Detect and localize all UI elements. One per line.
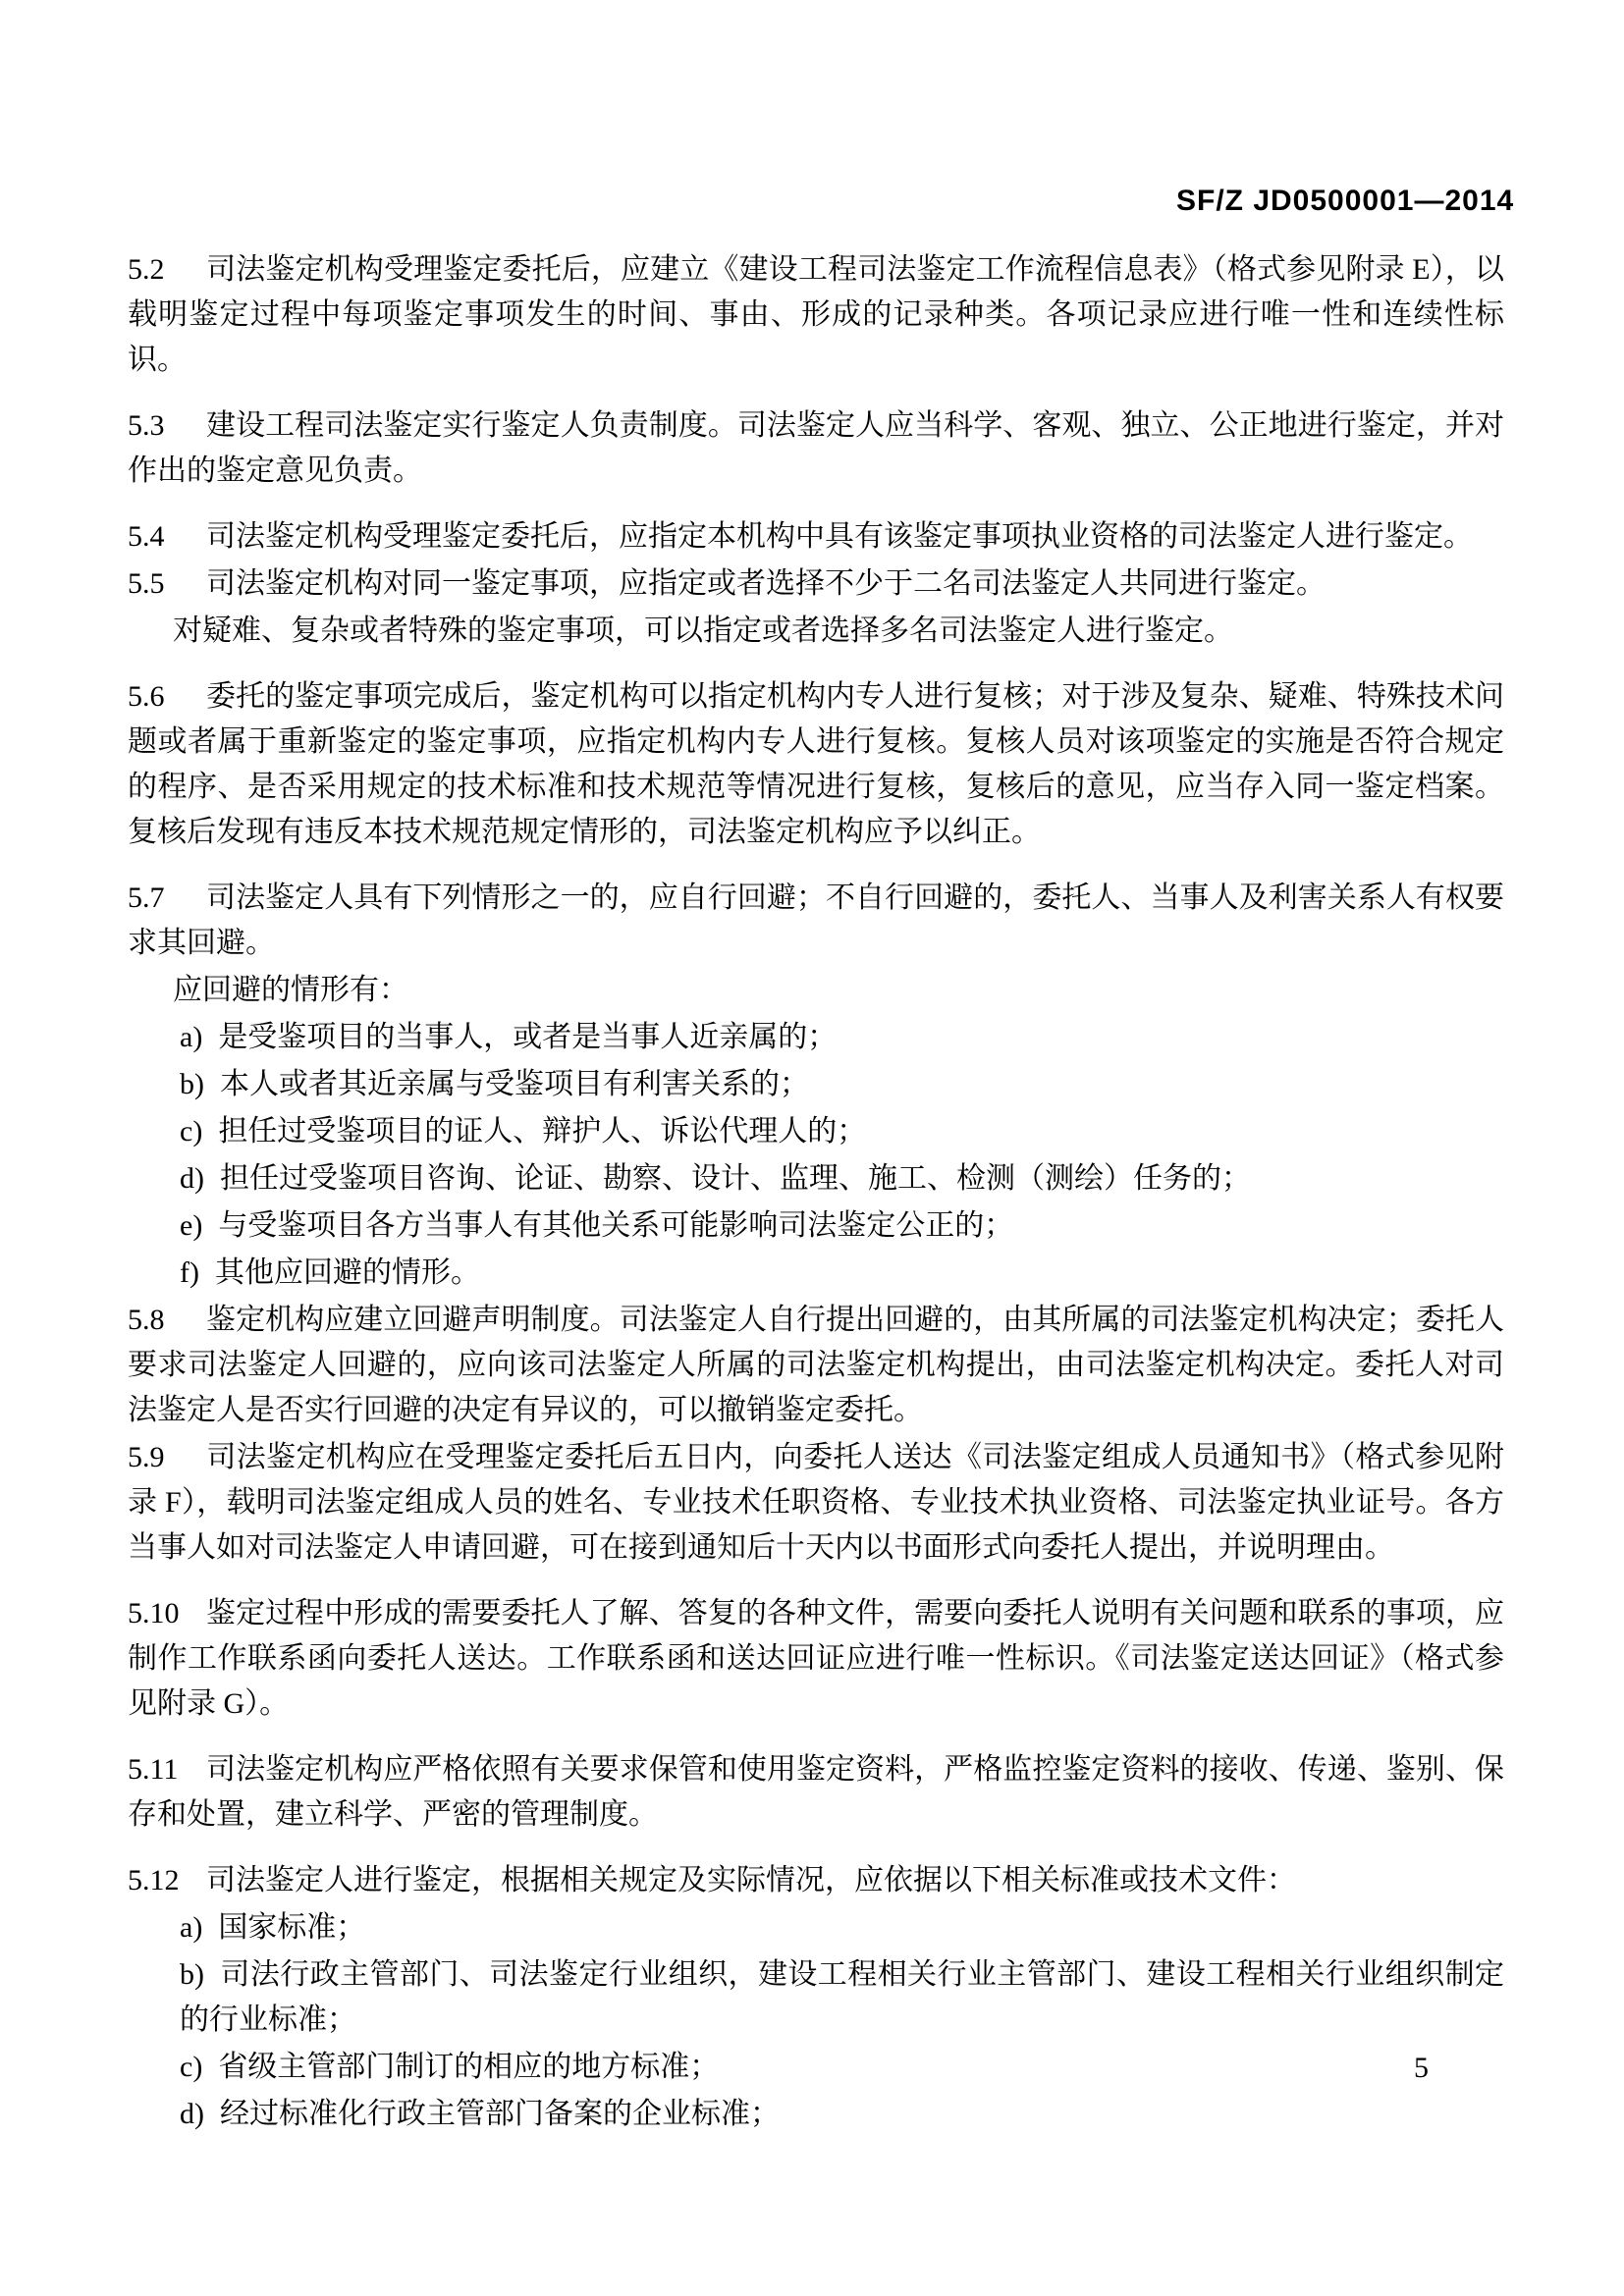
- section-paragraph: 5.2司法鉴定机构受理鉴定委托后，应建立《建设工程司法鉴定工作流程信息表》（格式…: [128, 247, 1504, 383]
- section-number: 5.8: [128, 1298, 190, 1343]
- list-item-text: 本人或者其近亲属与受鉴项目有利害关系的；: [220, 1068, 809, 1100]
- list-item: c)担任过受鉴项目的证人、辩护人、诉讼代理人的；: [128, 1109, 1504, 1154]
- document-page: SF/Z JD0500001—2014 5.2司法鉴定机构受理鉴定委托后，应建立…: [0, 0, 1624, 2296]
- section-number: 5.7: [128, 876, 190, 921]
- list-marker: d): [180, 1156, 204, 1201]
- section-number: 5.12: [128, 1858, 190, 1903]
- list-item-text: 其他应回避的情形。: [215, 1256, 480, 1289]
- list-item-text: 司法行政主管部门、司法鉴定行业组织，建设工程相关行业主管部门、建设工程相关行业组…: [180, 1958, 1504, 2036]
- list-marker: b): [180, 1952, 204, 1998]
- list-item-text: 国家标准；: [218, 1911, 365, 1944]
- list-marker: a): [180, 1015, 202, 1060]
- section-number: 5.4: [128, 514, 190, 560]
- section-number: 5.6: [128, 674, 190, 720]
- list-item-text: 担任过受鉴项目的证人、辩护人、诉讼代理人的；: [218, 1115, 866, 1148]
- list-marker: c): [180, 1109, 202, 1154]
- list-item-text: 省级主管部门制订的相应的地方标准；: [218, 2051, 719, 2083]
- section-text: 鉴定机构应建立回避声明制度。司法鉴定人自行提出回避的，由其所属的司法鉴定机构决定…: [128, 1304, 1504, 1426]
- section-paragraph: 5.5司法鉴定机构对同一鉴定事项，应指定或者选择不少于二名司法鉴定人共同进行鉴定…: [128, 561, 1504, 607]
- list-item: d)经过标准化行政主管部门备案的企业标准；: [128, 2092, 1504, 2137]
- section-text: 司法鉴定机构对同一鉴定事项，应指定或者选择不少于二名司法鉴定人共同进行鉴定。: [206, 567, 1326, 600]
- section-text: 司法鉴定机构应在受理鉴定委托后五日内，向委托人送达《司法鉴定组成人员通知书》（格…: [128, 1441, 1504, 1564]
- section-paragraph: 5.11司法鉴定机构应严格依照有关要求保管和使用鉴定资料，严格监控鉴定资料的接收…: [128, 1747, 1504, 1838]
- list-marker: e): [180, 1203, 202, 1249]
- section-text: 司法鉴定机构应严格依照有关要求保管和使用鉴定资料，严格监控鉴定资料的接收、传递、…: [128, 1753, 1504, 1831]
- section-paragraph: 5.12司法鉴定人进行鉴定，根据相关规定及实际情况，应依据以下相关标准或技术文件…: [128, 1858, 1504, 1903]
- section-text: 司法鉴定机构受理鉴定委托后，应指定本机构中具有该鉴定事项执业资格的司法鉴定人进行…: [206, 520, 1473, 553]
- page-number: 5: [1414, 2052, 1429, 2085]
- list-marker: d): [180, 2092, 204, 2137]
- section-paragraph: 5.6委托的鉴定事项完成后，鉴定机构可以指定机构内专人进行复核；对于涉及复杂、疑…: [128, 674, 1504, 855]
- section-number: 5.10: [128, 1591, 190, 1636]
- section-text: 委托的鉴定事项完成后，鉴定机构可以指定机构内专人进行复核；对于涉及复杂、疑难、特…: [128, 680, 1504, 848]
- list-marker: b): [180, 1062, 204, 1107]
- section-paragraph: 5.7司法鉴定人具有下列情形之一的，应自行回避；不自行回避的，委托人、当事人及利…: [128, 876, 1504, 966]
- list-item: b)本人或者其近亲属与受鉴项目有利害关系的；: [128, 1062, 1504, 1107]
- section-paragraph: 5.9司法鉴定机构应在受理鉴定委托后五日内，向委托人送达《司法鉴定组成人员通知书…: [128, 1435, 1504, 1571]
- section-paragraph: 5.10鉴定过程中形成的需要委托人了解、答复的各种文件，需要向委托人说明有关问题…: [128, 1591, 1504, 1727]
- section-text: 鉴定过程中形成的需要委托人了解、答复的各种文件，需要向委托人说明有关问题和联系的…: [128, 1597, 1504, 1720]
- section-paragraph: 5.8鉴定机构应建立回避声明制度。司法鉴定人自行提出回避的，由其所属的司法鉴定机…: [128, 1298, 1504, 1433]
- list-item: a)国家标准；: [128, 1905, 1504, 1950]
- list-item-text: 是受鉴项目的当事人，或者是当事人近亲属的；: [218, 1021, 837, 1053]
- list-item: b)司法行政主管部门、司法鉴定行业组织，建设工程相关行业主管部门、建设工程相关行…: [128, 1952, 1504, 2043]
- doc-number-header: SF/Z JD0500001—2014: [1176, 185, 1500, 218]
- section-number: 5.9: [128, 1435, 190, 1480]
- section-number: 5.3: [128, 403, 190, 449]
- section-text: 司法鉴定人进行鉴定，根据相关规定及实际情况，应依据以下相关标准或技术文件：: [206, 1864, 1296, 1896]
- list-item: a)是受鉴项目的当事人，或者是当事人近亲属的；: [128, 1015, 1504, 1060]
- list-item: f)其他应回避的情形。: [128, 1251, 1504, 1296]
- list-item: c)省级主管部门制订的相应的地方标准；: [128, 2045, 1504, 2090]
- list-item: d)担任过受鉴项目咨询、论证、勘察、设计、监理、施工、检测（测绘）任务的；: [128, 1156, 1504, 1201]
- section-text: 司法鉴定机构受理鉴定委托后，应建立《建设工程司法鉴定工作流程信息表》（格式参见附…: [128, 253, 1504, 376]
- list-item-text: 与受鉴项目各方当事人有其他关系可能影响司法鉴定公正的；: [218, 1209, 1013, 1242]
- list-marker: f): [180, 1251, 199, 1296]
- indent-paragraph: 对疑难、复杂或者特殊的鉴定事项，可以指定或者选择多名司法鉴定人进行鉴定。: [128, 609, 1504, 654]
- list-marker: c): [180, 2045, 202, 2090]
- list-marker: a): [180, 1905, 202, 1950]
- list-item: e)与受鉴项目各方当事人有其他关系可能影响司法鉴定公正的；: [128, 1203, 1504, 1249]
- list-item-text: 担任过受鉴项目咨询、论证、勘察、设计、监理、施工、检测（测绘）任务的；: [220, 1162, 1251, 1195]
- document-body: 5.2司法鉴定机构受理鉴定委托后，应建立《建设工程司法鉴定工作流程信息表》（格式…: [128, 247, 1504, 2137]
- section-paragraph: 5.4司法鉴定机构受理鉴定委托后，应指定本机构中具有该鉴定事项执业资格的司法鉴定…: [128, 514, 1504, 560]
- section-number: 5.5: [128, 561, 190, 607]
- section-paragraph: 5.3建设工程司法鉴定实行鉴定人负责制度。司法鉴定人应当科学、客观、独立、公正地…: [128, 403, 1504, 494]
- section-text: 司法鉴定人具有下列情形之一的，应自行回避；不自行回避的，委托人、当事人及利害关系…: [128, 881, 1504, 959]
- list-item-text: 经过标准化行政主管部门备案的企业标准；: [220, 2098, 780, 2130]
- indent-paragraph: 应回避的情形有：: [128, 968, 1504, 1013]
- section-text: 建设工程司法鉴定实行鉴定人负责制度。司法鉴定人应当科学、客观、独立、公正地进行鉴…: [128, 409, 1504, 487]
- section-number: 5.11: [128, 1747, 190, 1792]
- section-number: 5.2: [128, 247, 190, 293]
